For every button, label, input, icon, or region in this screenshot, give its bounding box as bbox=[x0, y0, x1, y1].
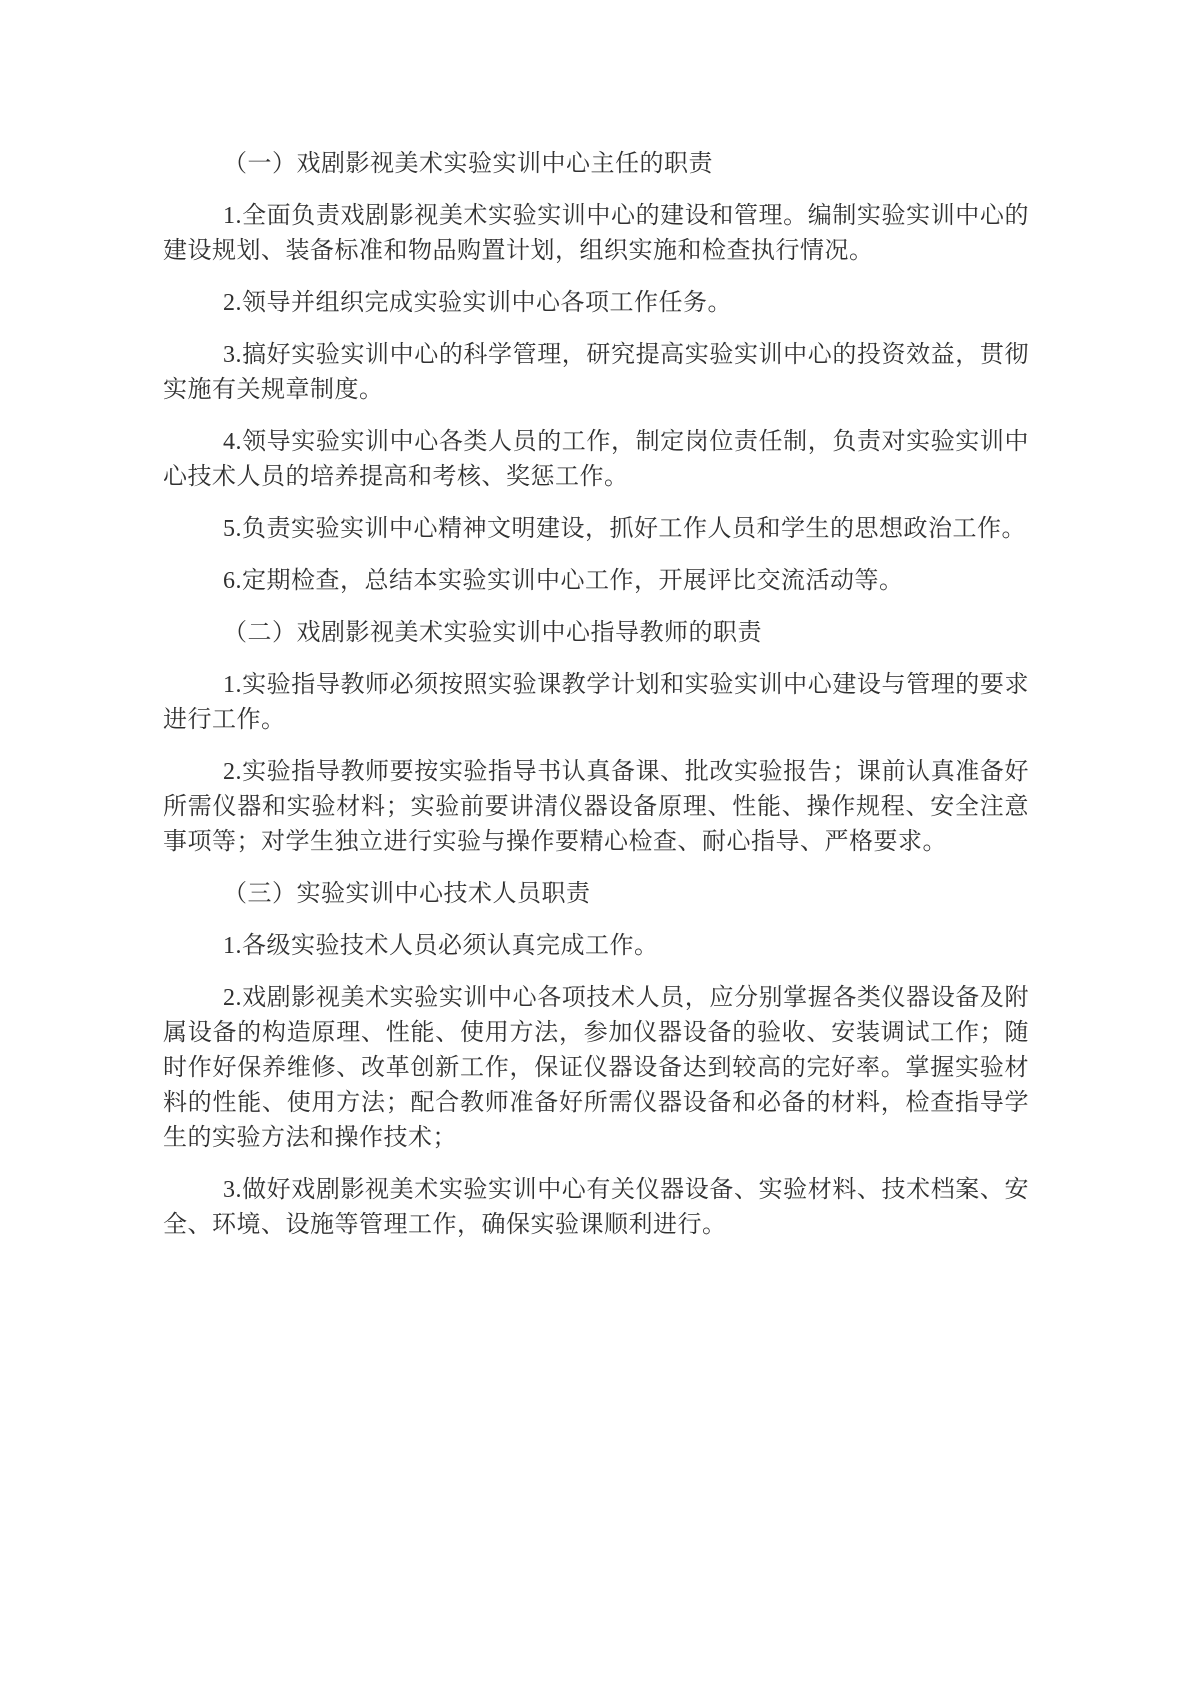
section-1-paragraph-1: 1.全面负责戏剧影视美术实验实训中心的建设和管理。编制实验实训中心的建设规划、装… bbox=[163, 199, 1029, 269]
section-1-paragraph-4: 4.领导实验实训中心各类人员的工作，制定岗位责任制，负责对实验实训中心技术人员的… bbox=[163, 425, 1029, 495]
section-3-paragraph-3: 3.做好戏剧影视美术实验实训中心有关仪器设备、实验材料、技术档案、安全、环境、设… bbox=[163, 1173, 1029, 1243]
section-3-paragraph-1: 1.各级实验技术人员必须认真完成工作。 bbox=[163, 929, 1029, 964]
document-page: （一）戏剧影视美术实验实训中心主任的职责 1.全面负责戏剧影视美术实验实训中心的… bbox=[0, 0, 1191, 1684]
section-2-paragraph-2: 2.实验指导教师要按实验指导书认真备课、批改实验报告；课前认真准备好所需仪器和实… bbox=[163, 755, 1029, 860]
section-1-paragraph-5: 5.负责实验实训中心精神文明建设，抓好工作人员和学生的思想政治工作。 bbox=[163, 512, 1029, 547]
section-2-heading: （二）戏剧影视美术实验实训中心指导教师的职责 bbox=[163, 616, 1029, 651]
section-1-paragraph-3: 3.搞好实验实训中心的科学管理，研究提高实验实训中心的投资效益，贯彻实施有关规章… bbox=[163, 338, 1029, 408]
section-2-paragraph-1: 1.实验指导教师必须按照实验课教学计划和实验实训中心建设与管理的要求进行工作。 bbox=[163, 668, 1029, 738]
section-3-heading: （三）实验实训中心技术人员职责 bbox=[163, 877, 1029, 912]
section-1-paragraph-6: 6.定期检查，总结本实验实训中心工作，开展评比交流活动等。 bbox=[163, 564, 1029, 599]
section-1-paragraph-2: 2.领导并组织完成实验实训中心各项工作任务。 bbox=[163, 286, 1029, 321]
section-3-paragraph-2: 2.戏剧影视美术实验实训中心各项技术人员，应分别掌握各类仪器设备及附属设备的构造… bbox=[163, 981, 1029, 1156]
section-1-heading: （一）戏剧影视美术实验实训中心主任的职责 bbox=[163, 147, 1029, 182]
document-content: （一）戏剧影视美术实验实训中心主任的职责 1.全面负责戏剧影视美术实验实训中心的… bbox=[163, 147, 1029, 1260]
